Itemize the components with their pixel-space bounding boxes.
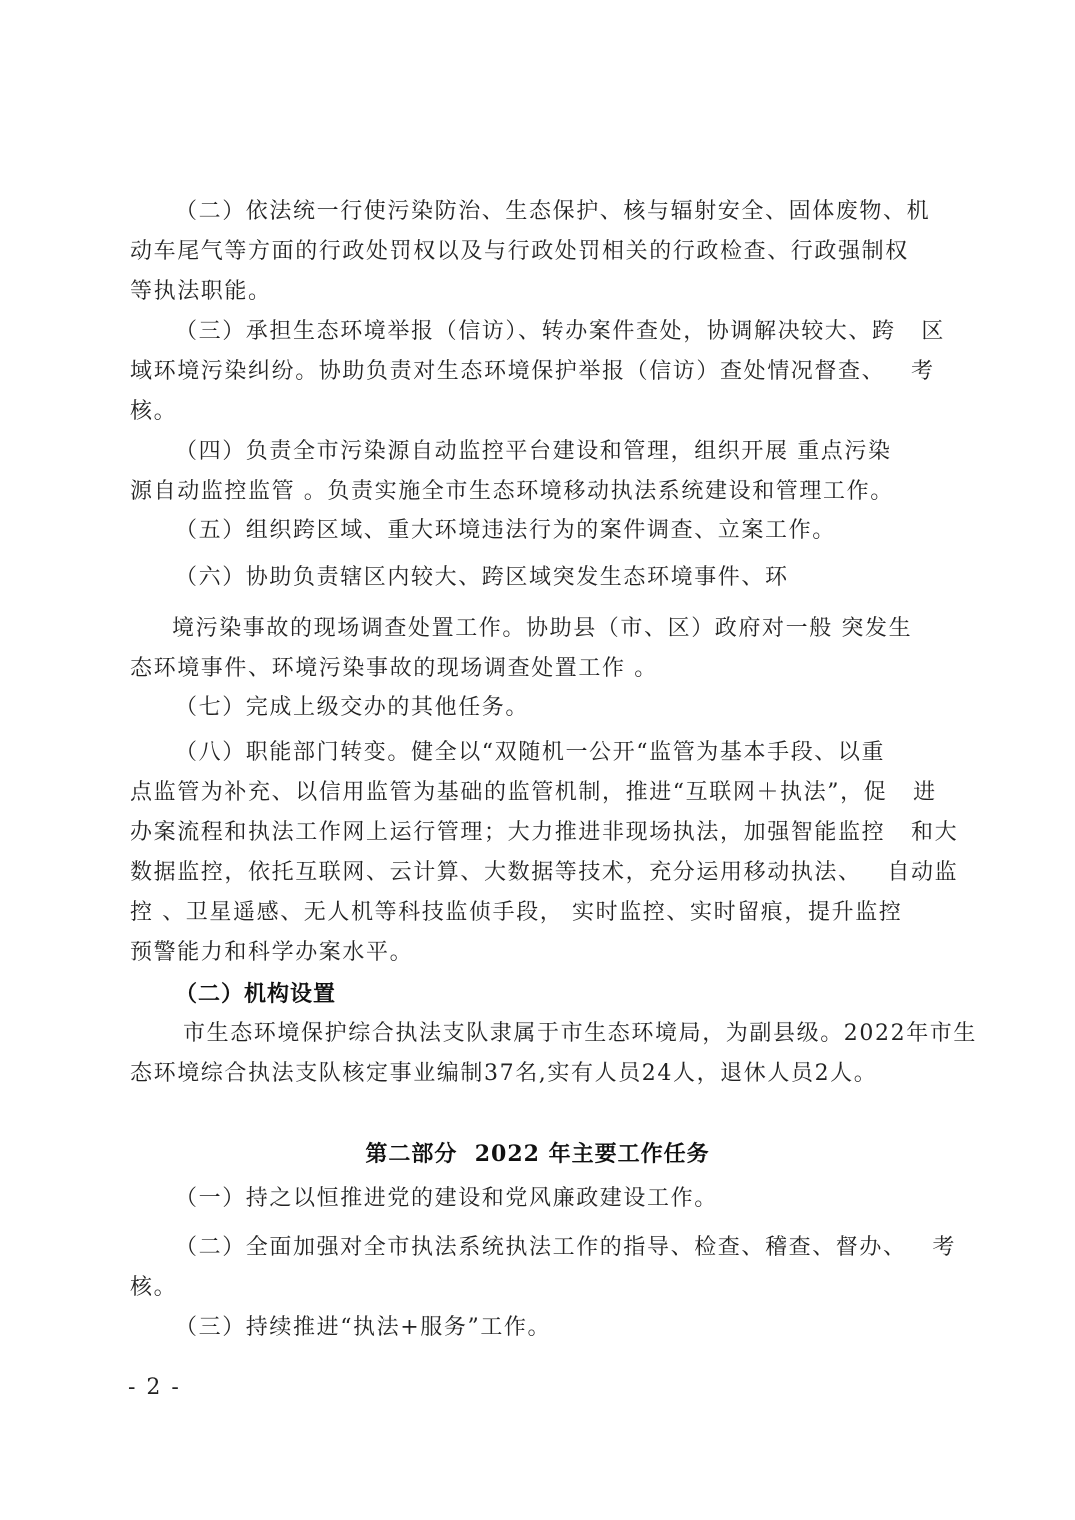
paragraph-line: 办案流程和执法工作网上运行管理；大力推进非现场执法，加强智能监控 和大	[130, 818, 958, 848]
paragraph-line: 市生态环境保护综合执法支队隶属于市生态环境局，为副县级。2022年市生	[183, 1019, 977, 1049]
paragraph-line: （三）承担生态环境举报（信访）、转办案件查处，协调解决较大、跨 区	[175, 317, 945, 347]
paragraph-line: （七）完成上级交办的其他任务。	[175, 693, 529, 723]
paragraph-line: （五）组织跨区域、重大环境违法行为的案件调查、立案工作。	[175, 516, 836, 546]
paragraph-line: 境污染事故的现场调查处置工作。协助县（市、区）政府对一般 突发生	[172, 614, 912, 644]
section-heading: （二）机构设置	[175, 979, 336, 1009]
paragraph-line: （一）持之以恒推进党的建设和党风廉政建设工作。	[175, 1184, 718, 1214]
paragraph-line: 态环境综合执法支队核定事业编制37名,实有人员24人，退休人员2人。	[130, 1059, 877, 1089]
paragraph-line: （三）持续推进“执法+服务”工作。	[175, 1313, 551, 1343]
paragraph-line: 数据监控，依托互联网、云计算、大数据等技术，充分运用移动执法、 自动监	[130, 858, 958, 888]
paragraph-line: 源自动监控监管 。负责实施全市生态环境移动执法系统建设和管理工作。	[130, 477, 894, 507]
paragraph-line: 核。	[130, 397, 177, 427]
paragraph-line: 动车尾气等方面的行政处罚权以及与行政处罚相关的行政检查、行政强制权	[130, 237, 909, 267]
paragraph-line: （四）负责全市污染源自动监控平台建设和管理，组织开展 重点污染	[175, 437, 892, 467]
paragraph-line: （六）协助负责辖区内较大、跨区域突发生态环境事件、环	[175, 563, 789, 593]
paragraph-line: 控 、卫星遥感、无人机等科技监侦手段， 实时监控、实时留痕，提升监控	[130, 898, 902, 928]
paragraph-line: 域环境污染纠纷。协助负责对生态环境保护举报（信访）查处情况督查、 考	[130, 357, 935, 387]
paragraph-line: （八）职能部门转变。健全以“双随机一公开“监管为基本手段、以重	[175, 738, 885, 768]
paragraph-line: （二）依法统一行使污染防治、生态保护、核与辐射安全、固体废物、机	[175, 197, 930, 227]
paragraph-line: 预警能力和科学办案水平。	[130, 938, 413, 968]
paragraph-line: 态环境事件、环境污染事故的现场调查处置工作 。	[130, 654, 658, 684]
part-title: 第二部分 2022 年主要工作任务	[0, 1139, 1075, 1169]
paragraph-line: （二）全面加强对全市执法系统执法工作的指导、检查、稽查、督办、 考	[175, 1233, 956, 1263]
paragraph-line: 核。	[130, 1273, 177, 1303]
page-number: - 2 -	[128, 1375, 181, 1400]
document-page: （二）依法统一行使污染防治、生态保护、核与辐射安全、固体废物、机 动车尾气等方面…	[0, 0, 1075, 1520]
paragraph-line: 点监管为补充、以信用监管为基础的监管机制，推进“互联网＋执法”，促 进	[130, 778, 937, 808]
paragraph-line: 等执法职能。	[130, 277, 272, 307]
